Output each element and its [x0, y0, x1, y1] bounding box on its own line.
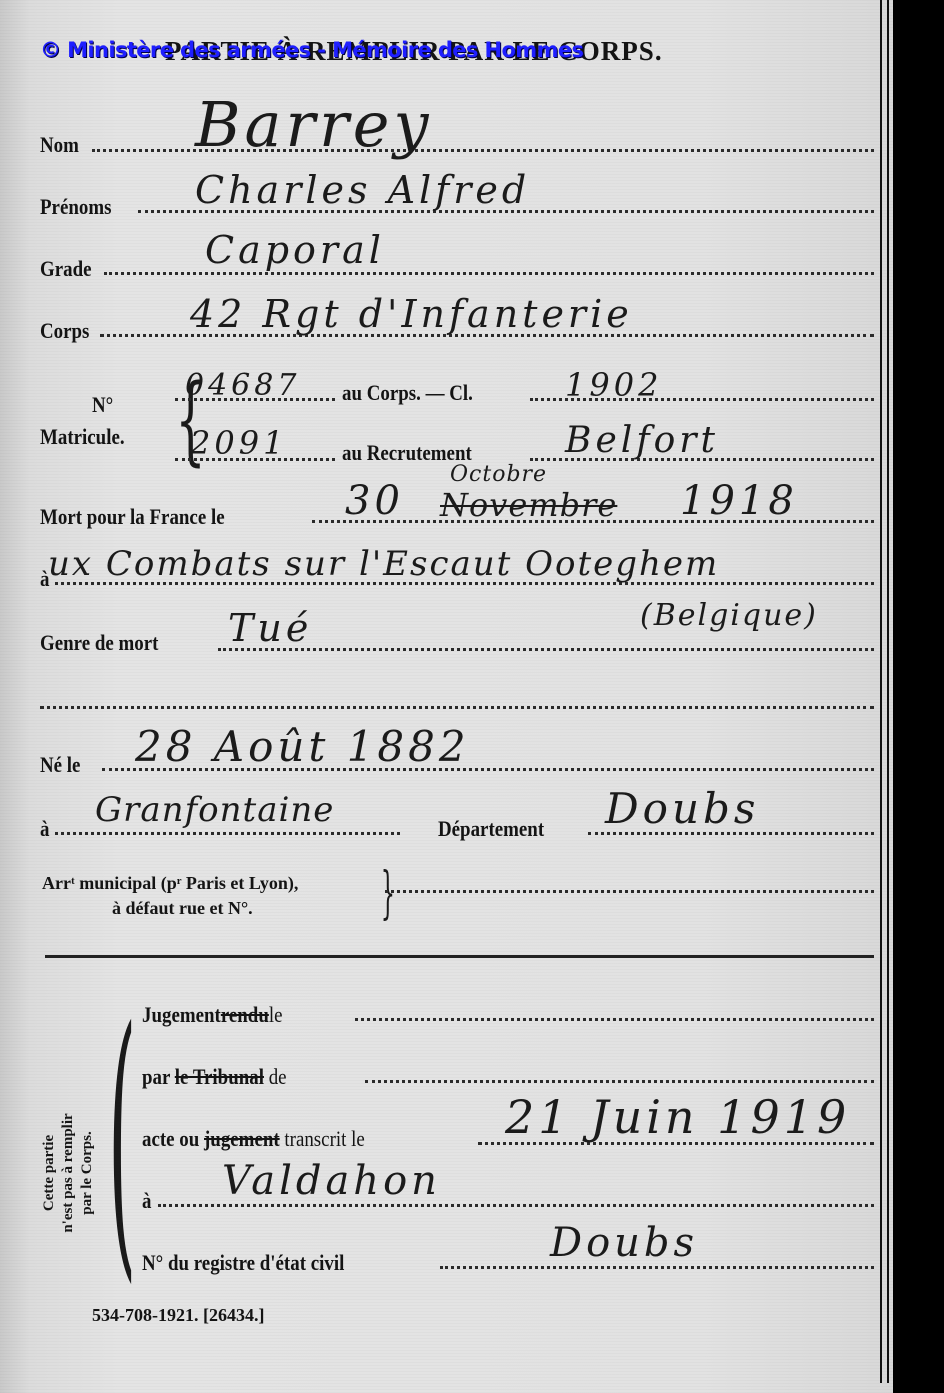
registre-value: Doubs [550, 1220, 698, 1266]
arr-municipal-label: Arrᵗ municipal (pʳ Paris et Lyon), [42, 873, 298, 894]
registre-line [440, 1266, 874, 1269]
copyright-watermark: © Ministère des armées - Mémoire des Hom… [40, 38, 583, 62]
corps-value: 42 Rgt d'Infanterie [190, 292, 633, 336]
border-rule [880, 0, 882, 1383]
naissance-place-prefix: à [40, 816, 49, 842]
jugement-line [355, 1018, 874, 1021]
recrutement-value: Belfort [565, 420, 719, 461]
mort-day: 30 [345, 478, 404, 524]
prenoms-label: Prénoms [40, 194, 111, 220]
departement-value: Doubs [605, 784, 759, 833]
ne-le-label: Né le [40, 752, 80, 778]
matricule-recrutement-number: 2091 [190, 424, 287, 462]
matricule-no-label: N° [92, 392, 113, 418]
jugement-label: Jugementrendule [142, 1002, 283, 1028]
au-corps-label: au Corps. — Cl. [342, 380, 473, 406]
mort-place-note: (Belgique) [640, 598, 818, 633]
mort-year: 1918 [680, 478, 798, 524]
grade-value: Caporal [205, 228, 385, 272]
mort-month-struck: Novembre [440, 486, 617, 524]
arr-brace: } [381, 866, 395, 922]
border-rule [887, 0, 889, 1383]
mort-place: ux Combats sur l'Escaut Ooteghem [48, 544, 719, 584]
acte-label: acte ou jugement transcrit le [142, 1126, 365, 1152]
grade-label: Grade [40, 256, 92, 282]
matricule-label: Matricule. [40, 424, 125, 450]
arr-municipal-label-2: à défaut rue et N°. [112, 898, 253, 919]
prenoms-value: Charles Alfred [195, 168, 530, 212]
transcription-brace: ( [108, 995, 136, 1285]
matricule-corps-number: 04687 [185, 368, 300, 403]
side-note: Cette partie n'est pas à remplir par le … [40, 1058, 97, 1288]
mort-month-correction: Octobre [450, 462, 547, 487]
mort-label: Mort pour la France le [40, 504, 225, 530]
nom-label: Nom [40, 132, 79, 158]
genre-mort-value: Tué [228, 606, 312, 650]
tribunal-label: par le Tribunal de [142, 1064, 287, 1090]
transcription-place: Valdahon [222, 1158, 441, 1204]
genre-mort-label: Genre de mort [40, 630, 158, 656]
departement-label: Département [438, 816, 544, 842]
transcription-place-line [158, 1204, 874, 1207]
transcription-place-prefix: à [142, 1188, 151, 1214]
section-separator [45, 955, 874, 958]
classe-value: 1902 [565, 366, 662, 404]
grade-line [104, 272, 874, 275]
arr-municipal-line [385, 890, 874, 893]
blank-line [40, 706, 874, 709]
death-record-card: PARTIE À REMPLIR PAR LE CORPS. © Ministè… [0, 0, 893, 1393]
nom-value: Barrey [195, 88, 433, 161]
naissance-place-line [55, 832, 400, 835]
ne-le-value: 28 Août 1882 [135, 722, 470, 771]
registre-label: N° du registre d'état civil [142, 1250, 344, 1276]
naissance-place: Granfontaine [95, 790, 334, 830]
genre-mort-line [218, 648, 874, 651]
print-code: 534-708-1921. [26434.] [92, 1305, 264, 1326]
tribunal-line [365, 1080, 874, 1083]
acte-date: 21 Juin 1919 [505, 1090, 850, 1144]
corps-label: Corps [40, 318, 89, 344]
